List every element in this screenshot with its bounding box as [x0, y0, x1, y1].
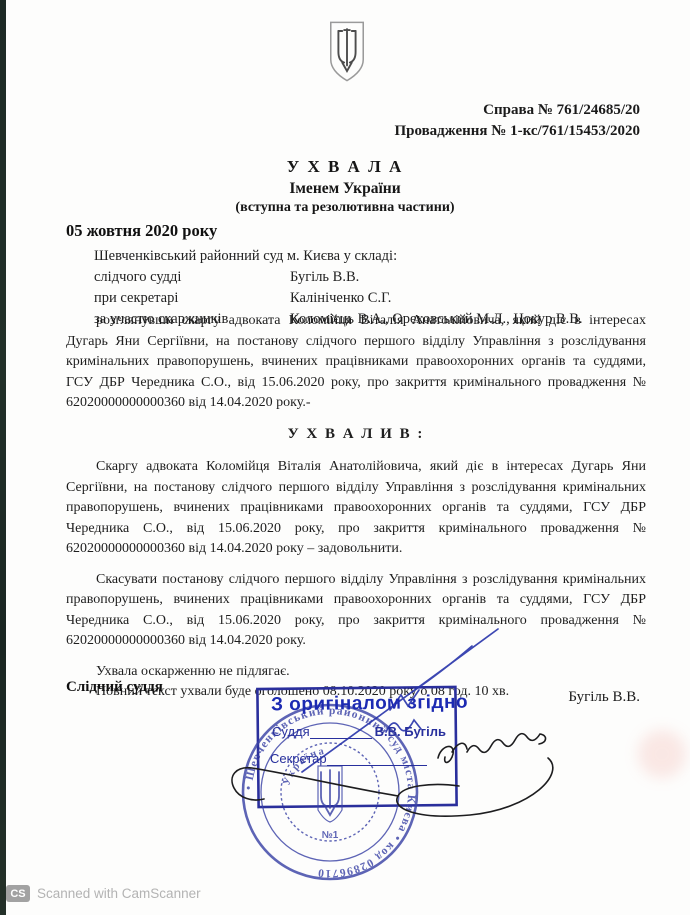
- scan-edge-shadow: [0, 0, 6, 915]
- case-numbers: Справа № 761/24685/20 Провадження № 1-кс…: [394, 100, 640, 142]
- case-number: Справа № 761/24685/20: [394, 100, 640, 121]
- document-title: У Х В А Л А: [0, 157, 690, 177]
- composition-name: Калініченко С.Г.: [290, 288, 646, 309]
- scanned-court-document: Справа № 761/24685/20 Провадження № 1-кс…: [0, 0, 690, 915]
- camscanner-label: Scanned with CamScanner: [37, 886, 201, 901]
- document-subtitle-2: (вступна та резолютивна частини): [0, 200, 690, 216]
- stamp-secretary-row: Секретар: [270, 751, 427, 766]
- stamp-judge-name: В.В. Бугіль: [375, 724, 446, 739]
- composition-row: слідчого судді Бугіль В.В.: [66, 267, 646, 288]
- composition-role: при секретарі: [94, 288, 290, 309]
- certification-stamp-text: З оригіналом згідно: [271, 692, 468, 717]
- document-subtitle: Іменем України: [0, 180, 690, 198]
- proceeding-number: Провадження № 1-кс/761/15453/2020: [394, 121, 640, 142]
- seal-number: №1: [322, 830, 339, 841]
- camscanner-logo-icon: CS: [6, 885, 30, 902]
- resolution-paragraph: Скаргу адвоката Коломійця Віталія Анатол…: [66, 457, 646, 560]
- stamp-secretary-label: Секретар: [270, 751, 327, 766]
- scan-smudge: [638, 730, 686, 778]
- stamp-judge-row: Суддя В.В. Бугіль: [272, 724, 448, 739]
- stamp-signature-line: [310, 726, 372, 739]
- intro-paragraph: розглянувши скаргу адвоката Коломійця Ві…: [66, 311, 646, 414]
- stamp-judge-label: Суддя: [272, 724, 310, 739]
- camscanner-watermark: CS Scanned with CamScanner: [6, 885, 201, 902]
- stamp-signature-line: [327, 753, 427, 766]
- coat-of-arms-icon: [326, 20, 368, 89]
- court-name-line: Шевченківський районний суд м. Києва у с…: [66, 246, 646, 267]
- composition-row: при секретарі Калініченко С.Г.: [66, 288, 646, 309]
- composition-role: слідчого судді: [94, 267, 290, 288]
- composition-name: Бугіль В.В.: [290, 267, 646, 288]
- decision-date: 05 жовтня 2020 року: [66, 221, 217, 241]
- resolution-heading: У Х В А Л И В :: [66, 424, 646, 445]
- title-block: У Х В А Л А Іменем України (вступна та р…: [0, 157, 690, 216]
